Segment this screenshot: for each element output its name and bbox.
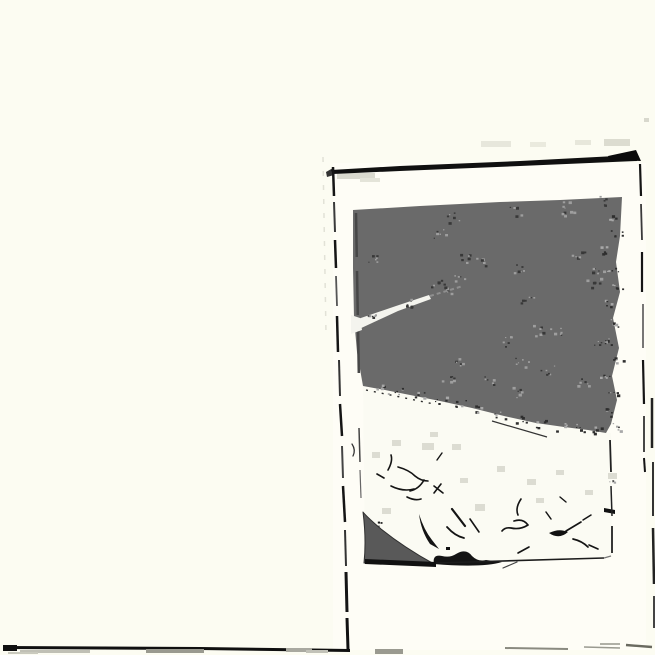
page-canvas (0, 0, 655, 655)
scanned-page (0, 0, 655, 655)
